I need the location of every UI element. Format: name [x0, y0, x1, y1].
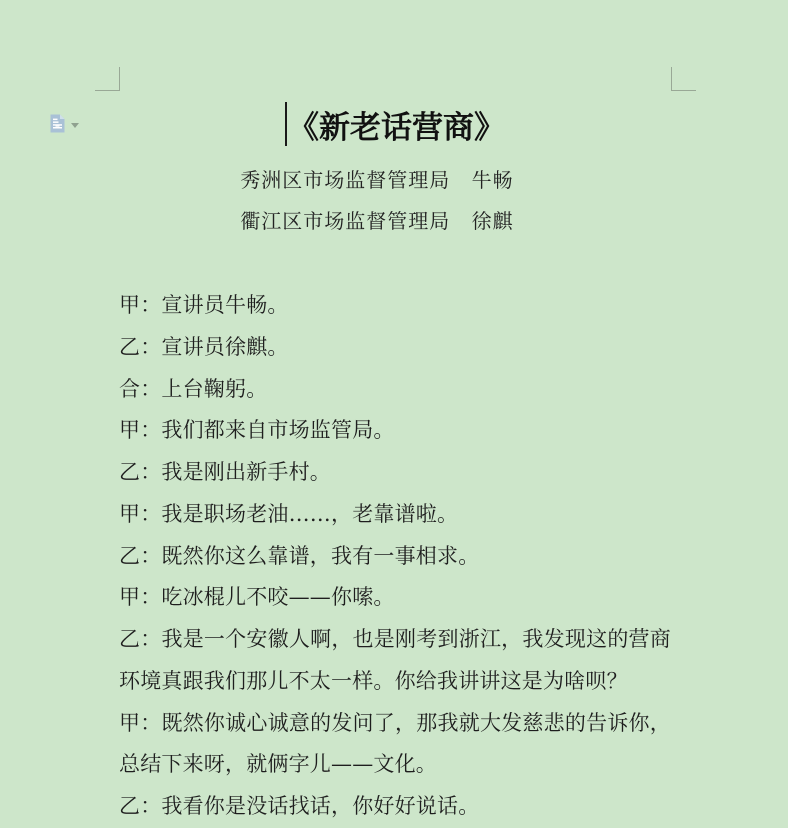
dialogue-line: 总结下来呀，就俩字儿——文化。: [119, 744, 671, 786]
dialogue-line: 甲：既然你诚心诚意的发问了，那我就大发慈悲的告诉你，: [119, 703, 671, 745]
dialogue-line: 乙：宣讲员徐麒。: [119, 327, 671, 369]
paragraph-format-button[interactable]: [50, 114, 79, 137]
dialogue-line: 甲：我们都来自市场监管局。: [119, 410, 671, 452]
document-title-text: 《新老话营商》: [288, 102, 505, 147]
dialogue-line: 合：上台鞠躬。: [119, 369, 671, 411]
chevron-down-icon: [71, 123, 79, 128]
byline-author-1: 秀洲区市场监督管理局 牛畅: [101, 159, 653, 201]
document-page[interactable]: 《新老话营商》 秀洲区市场监督管理局 牛畅 衢江区市场监督管理局 徐麒 甲：宣讲…: [0, 0, 788, 828]
dialogue-line: 甲：宣讲员牛畅。: [119, 285, 671, 327]
script-body[interactable]: 甲：宣讲员牛畅。 乙：宣讲员徐麒。 合：上台鞠躬。 甲：我们都来自市场监管局。 …: [119, 285, 671, 828]
document-format-icon: [50, 114, 65, 137]
dialogue-line: 乙：既然你这么靠谱，我有一事相求。: [119, 536, 671, 578]
document-title: 《新老话营商》: [119, 100, 671, 148]
text-cursor: [285, 102, 287, 146]
margin-corner-mark-top-left: [95, 67, 120, 91]
dialogue-line: 甲：吃冰棍儿不咬——你嗦。: [119, 577, 671, 619]
dialogue-line: 乙：我是刚出新手村。: [119, 452, 671, 494]
dialogue-line: 甲：我是职场老油……，老靠谱啦。: [119, 494, 671, 536]
margin-corner-mark-top-right: [671, 67, 696, 91]
dialogue-line: 乙：我看你是没话找话，你好好说话。: [119, 786, 671, 828]
dialogue-line: 乙：我是一个安徽人啊，也是刚考到浙江，我发现这的营商: [119, 619, 671, 661]
byline-author-2: 衢江区市场监督管理局 徐麒: [101, 200, 653, 242]
dialogue-line: 环境真跟我们那儿不太一样。你给我讲讲这是为啥呗？: [119, 661, 671, 703]
